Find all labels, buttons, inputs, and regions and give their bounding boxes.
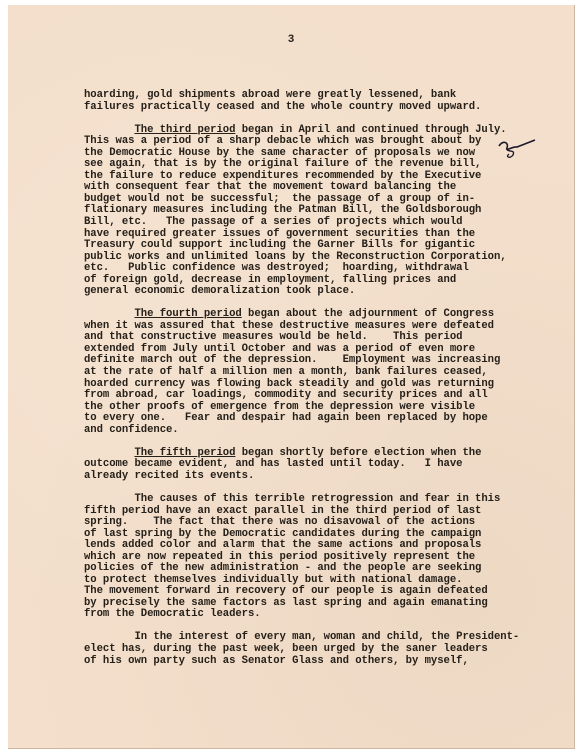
underlined-heading-fourth-period: The fourth period	[134, 308, 241, 320]
lead-rest: began about the adjournment of Congress	[242, 308, 494, 320]
text-line: The causes of this terrible retrogressio…	[84, 494, 574, 506]
text-line: failures practically ceased and the whol…	[84, 102, 574, 114]
text-line: already recited its events.	[84, 471, 574, 483]
text-line: hoarding, gold shipments abroad were gre…	[84, 90, 574, 102]
text-line: of his own party such as Senator Glass a…	[84, 656, 574, 668]
document-page: 3 hoarding, gold shipments abroad were g…	[8, 5, 575, 749]
text-line: spring. The fact that there was no disav…	[84, 517, 574, 529]
text-line: elect has, during the past week, been ur…	[84, 644, 574, 656]
underlined-heading-third-period: The third period	[134, 124, 235, 136]
text-line: from the Democratic leaders.	[84, 609, 574, 621]
paragraph-fifth-period: The fifth period began shortly before el…	[84, 448, 574, 483]
underlined-heading-fifth-period: The fifth period	[134, 447, 235, 459]
lead-rest: began in April and continued through Jul…	[235, 124, 506, 136]
text-line: from abroad, car loadings, commodity and…	[84, 390, 574, 402]
paragraph-causes: The causes of this terrible retrogressio…	[84, 494, 574, 621]
text-line: general economic demoralization took pla…	[84, 286, 574, 298]
page-number: 3	[8, 34, 574, 46]
paragraph-continuation: hoarding, gold shipments abroad were gre…	[84, 90, 574, 113]
paragraph-interest: In the interest of every man, woman and …	[84, 632, 574, 667]
paragraph-fourth-period: The fourth period began about the adjour…	[84, 309, 574, 436]
text-line: and confidence.	[84, 425, 574, 437]
text-line: etc. Public confidence was destroyed; ho…	[84, 263, 574, 275]
text-line: at the rate of half a million men a mont…	[84, 367, 574, 379]
text-line: Treasury could support including the Gar…	[84, 240, 574, 252]
lead-rest: began shortly before election when the	[235, 447, 481, 459]
text-line: lends added color and alarm that the sam…	[84, 540, 574, 552]
text-line: Bill, etc. The passage of a series of pr…	[84, 217, 574, 229]
document-body: hoarding, gold shipments abroad were gre…	[84, 90, 574, 679]
handwritten-strikeout-mark	[497, 136, 537, 160]
